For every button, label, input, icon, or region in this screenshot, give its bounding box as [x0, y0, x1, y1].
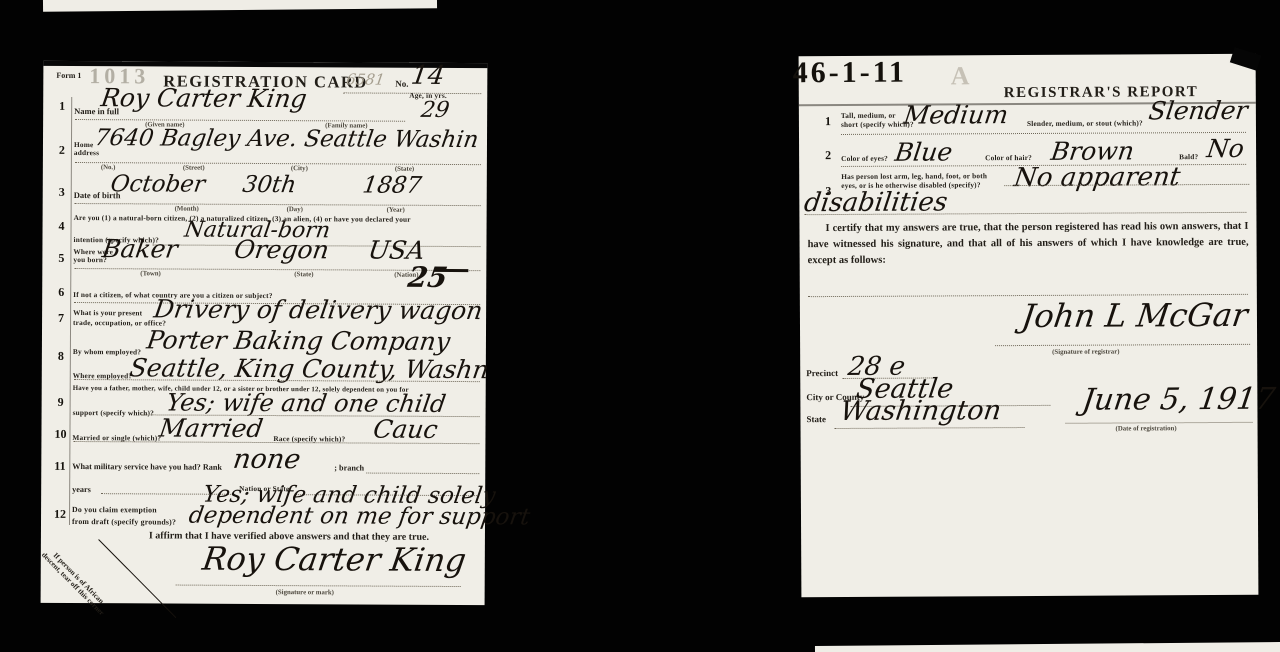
row8-number: 8: [58, 349, 64, 364]
pencil-stroke: [434, 269, 468, 272]
state-value: Washington: [838, 395, 1003, 427]
build-answer: Slender: [1147, 96, 1250, 126]
row2-number: 2: [59, 143, 65, 158]
born-state: Oregon: [232, 235, 331, 264]
born-town: Baker: [100, 234, 179, 263]
adjacent-card-bottom-strip: [815, 642, 1280, 652]
branch-line: [366, 473, 479, 475]
dob-year: 1887: [361, 173, 423, 199]
sub-day: (Day): [287, 206, 303, 213]
registration-date: June 5, 1917: [1080, 382, 1277, 418]
trade-answer: Drivery of delivery wagon: [152, 294, 485, 325]
scan-artifact: [1230, 47, 1262, 71]
report-row1-number: 1: [825, 114, 831, 129]
hair-answer: Brown: [1049, 136, 1136, 165]
trade-label-l1: What is your present: [73, 308, 142, 317]
row7-number: 7: [58, 311, 64, 326]
disability-answer-l1: No apparent: [1012, 162, 1182, 193]
dependents-label-l2: support (specify which)?: [73, 408, 154, 417]
home-address-value: 7640 Bagley Ave. Seattle Washin: [93, 125, 480, 153]
serial-number: 6581: [345, 70, 386, 88]
registrant-signature: Roy Carter King: [200, 540, 469, 579]
row12-number: 12: [54, 507, 66, 522]
years-label: years: [72, 485, 91, 494]
race-answer: Cauc: [371, 415, 439, 444]
sub-month: (Month): [175, 206, 199, 213]
adjacent-card-top-strip: [43, 0, 437, 12]
certification-text: I certify that my answers are true, that…: [807, 219, 1248, 269]
row1-number: 1: [59, 99, 65, 114]
stamp-46-1-11: 46-1-11: [793, 56, 908, 91]
dob-day: 30th: [241, 172, 298, 198]
registrar-signature-line: [995, 344, 1250, 346]
married-answer: Married: [157, 413, 264, 443]
number-column-rule: [69, 97, 72, 525]
build-label2: Slender, medium, or stout (which)?: [1027, 118, 1143, 128]
precinct-label: Precinct: [806, 368, 838, 378]
eyes-answer: Blue: [893, 137, 954, 166]
military-rank-answer: none: [231, 444, 303, 475]
no-label: No.: [395, 79, 408, 89]
state-label: State: [806, 414, 826, 424]
hair-label: Color of hair?: [985, 153, 1032, 162]
row11-number: 11: [54, 459, 65, 474]
exemption-label-l1: Do you claim exemption: [72, 505, 157, 514]
registrant-number: 14: [409, 61, 446, 91]
row3-line: [75, 203, 481, 206]
exemption-answer-l2: dependent on me for support: [187, 503, 531, 531]
build-label-l1: Tall, medium, or: [841, 111, 896, 120]
signature-line: [176, 585, 461, 587]
employer-answer: Porter Baking Company: [145, 325, 452, 356]
sub-year: (Year): [387, 207, 405, 214]
row9-number: 9: [58, 395, 64, 410]
stamp-ghost-a: A: [951, 61, 970, 91]
sub-no: (No.): [101, 164, 116, 171]
branch-label: ; branch: [334, 463, 364, 472]
report-row2-number: 2: [825, 148, 831, 163]
bald-answer: No: [1205, 134, 1246, 163]
row1-line: [75, 119, 405, 122]
height-answer: Medium: [902, 100, 1010, 130]
dob-month: October: [109, 171, 207, 197]
registration-card: Form 1 1013 REGISTRATION CARD 6581 No. 1…: [41, 61, 488, 605]
african-descent-corner-note: If person is of African descent, tear of…: [37, 543, 114, 620]
age-value: 29: [419, 98, 451, 123]
name-value: Roy Carter King: [99, 83, 309, 113]
signature-sub-label: (Signature or mark): [276, 589, 334, 596]
sub-born-state: (State): [294, 271, 313, 278]
report-row1-line: [841, 132, 1246, 135]
row4-number: 4: [59, 219, 65, 234]
registrar-signature: John L McGar: [1019, 296, 1250, 335]
eyes-label: Color of eyes?: [841, 154, 888, 163]
bald-label: Bald?: [1179, 152, 1198, 161]
state-line: [835, 427, 1025, 429]
date-line: [1066, 422, 1253, 424]
sub-town: (Town): [140, 270, 161, 277]
row2-line: [75, 162, 481, 165]
exemption-label-l2: from draft (specify grounds)?: [72, 517, 176, 527]
military-label: What military service have you had? Rank: [72, 462, 222, 472]
date-sub-label: (Date of registration): [1116, 425, 1177, 432]
row6-number: 6: [58, 285, 64, 300]
registrar-signature-sub: (Signature of registrar): [1052, 349, 1119, 356]
pencil-25: 25: [406, 261, 450, 294]
row10-number: 10: [54, 427, 66, 442]
form-number-label: Form 1: [56, 71, 81, 80]
row5-number: 5: [58, 251, 64, 266]
microfilm-scan: Form 1 1013 REGISTRATION CARD 6581 No. 1…: [0, 0, 1280, 652]
registrars-report-card: 46-1-11 A REGISTRAR'S REPORT 1 Tall, med…: [799, 54, 1259, 597]
row3-number: 3: [59, 185, 65, 200]
